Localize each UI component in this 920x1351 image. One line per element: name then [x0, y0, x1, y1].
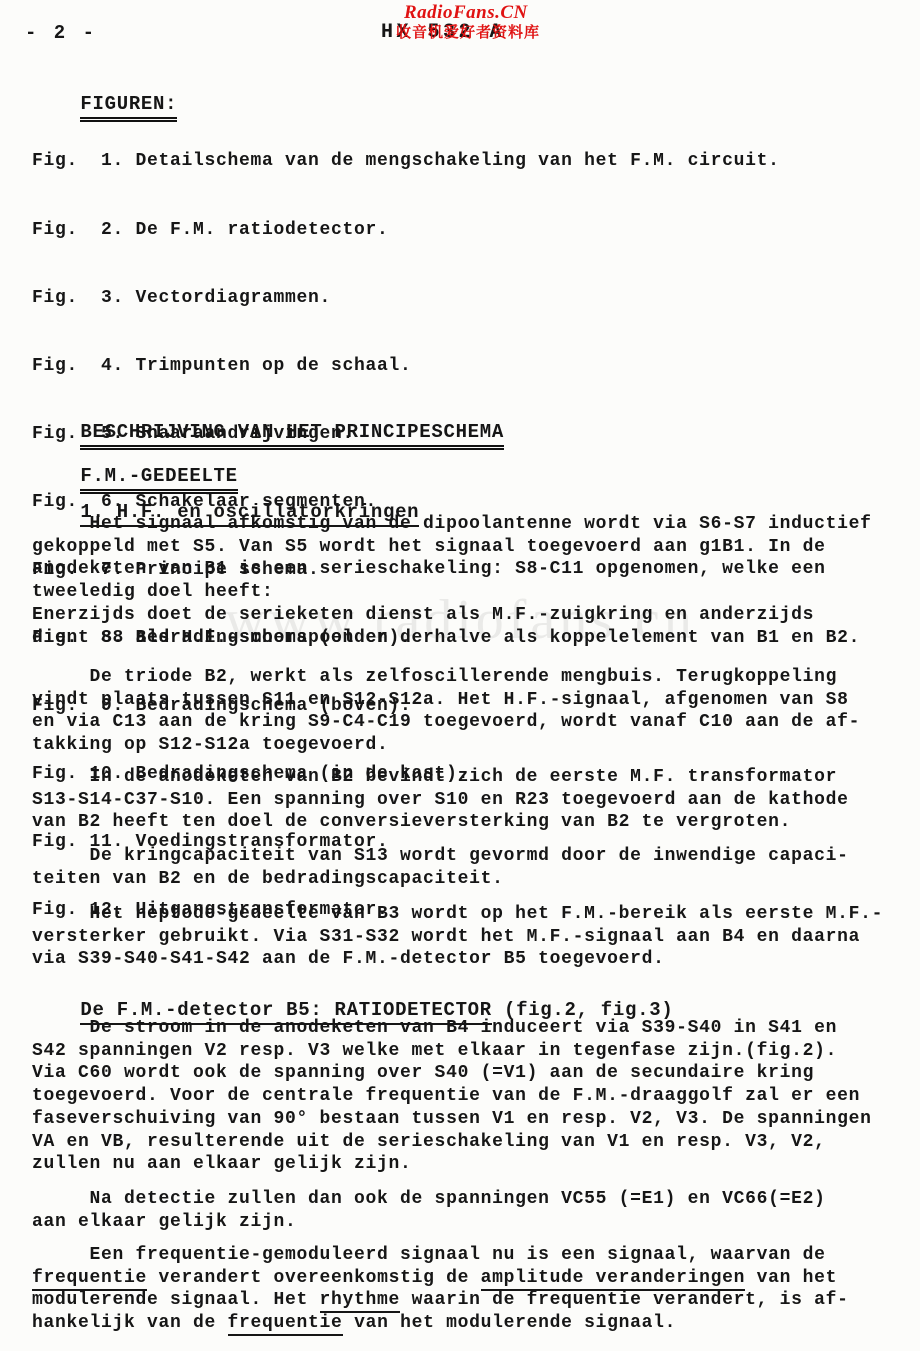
text-segment: Een frequentie-gemoduleerd signaal nu is… — [32, 1245, 826, 1265]
paragraph-ratio-1: De stroom in de anodeketen van B4 induce… — [32, 1017, 892, 1176]
figure-item: Fig. 1. Detailschema van de mengschakeli… — [32, 150, 780, 173]
paragraph-hf-5: Het heptode-gedeelte van B3 wordt op het… — [32, 903, 892, 971]
paragraph-hf-2: De triode B2, werkt als zelfoscillerende… — [32, 666, 892, 757]
paragraph-hf-3: In de anodeketen van B2 bevindt zich de … — [32, 766, 892, 834]
document-page: www.radiofans.cn - 2 - HX 532 A RadioFan… — [0, 0, 920, 1351]
text-segment: modulerende signaal. Het — [32, 1290, 320, 1310]
figure-item: Fig. 3. Vectordiagrammen. — [32, 287, 780, 310]
radiofans-watermark-subtitle: 收音机爱好者资料库 — [396, 21, 540, 42]
figure-item: Fig. 4. Trimpunten op de schaal. — [32, 355, 780, 378]
figure-item: Fig. 2. De F.M. ratiodetector. — [32, 219, 780, 242]
text-segment: van het modulerende signaal. — [343, 1313, 677, 1333]
underlined-term: frequentie — [32, 1268, 147, 1291]
text-segment: hankelijk van de — [32, 1313, 228, 1333]
text-segment: waarin de frequentie verandert, is af- — [400, 1290, 849, 1310]
underlined-term: rhythme — [320, 1290, 401, 1313]
underlined-term: amplitude veranderingen — [481, 1268, 746, 1291]
paragraph-fm-signal: Een frequentie-gemoduleerd signaal nu is… — [32, 1244, 892, 1335]
paragraph-hf-4: De kringcapaciteit van S13 wordt gevormd… — [32, 845, 892, 890]
underlined-term: frequentie — [228, 1313, 343, 1336]
page-number: - 2 - — [25, 22, 97, 45]
paragraph-hf-1: Het signaal afkomstig van de dipoolanten… — [32, 513, 892, 649]
paragraph-ratio-2: Na detectie zullen dan ook de spanningen… — [32, 1188, 892, 1233]
text-segment: van het — [745, 1268, 837, 1288]
text-segment: verandert overeenkomstig de — [147, 1268, 481, 1288]
